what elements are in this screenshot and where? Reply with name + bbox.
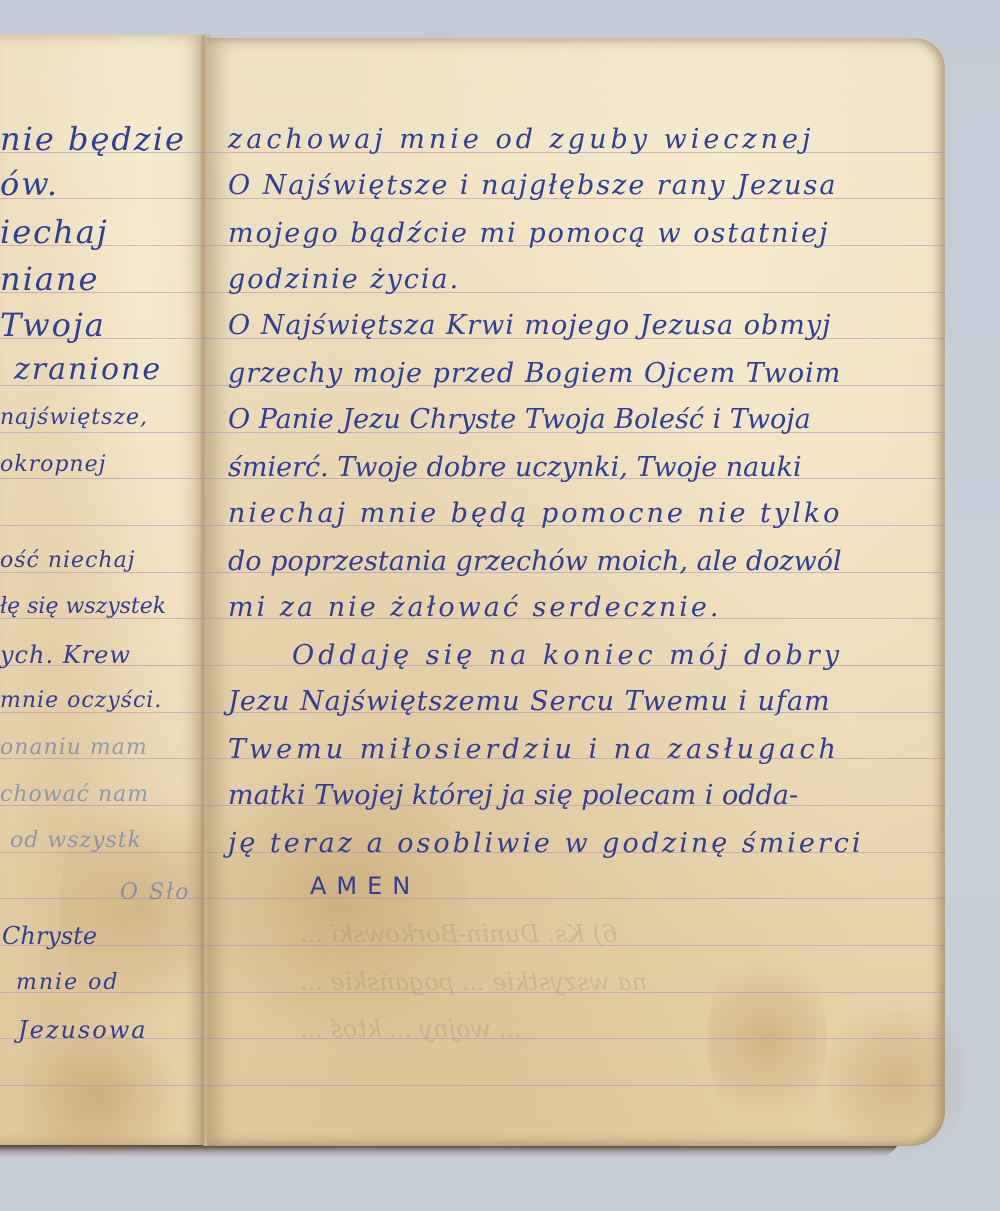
handwritten-line: mnie od [16, 970, 119, 995]
handwritten-line: mnie oczyści. [0, 688, 162, 713]
handwritten-line: Twemu miłosierdziu i na zasługach [228, 734, 840, 765]
handwritten-line: chować nam [0, 782, 149, 807]
bleed-through-text: 6) Ks. Dunin-Borkowski ... [300, 920, 617, 948]
handwritten-line: najświętsze, [0, 405, 148, 430]
handwritten-line: O Panie Jezu Chryste Twoja Boleść i Twoj… [228, 404, 811, 435]
handwritten-line: mojego bądźcie mi pomocą w ostatniej [228, 218, 830, 249]
handwritten-line: zranione [14, 352, 162, 387]
water-stain [827, 988, 967, 1168]
handwritten-line: ję teraz a osobliwie w godzinę śmierci [228, 828, 864, 859]
bleed-through-text: ... wojny ... ktoś ... [300, 1015, 522, 1043]
handwritten-line: okropnej [0, 452, 106, 477]
handwritten-line: mi za nie żałować serdecznie. [228, 592, 722, 623]
handwritten-line: Jezu Najświętszemu Sercu Twemu i ufam [228, 686, 831, 717]
handwritten-line: łę się wszystek [0, 594, 166, 619]
handwritten-line: Oddaję się na koniec mój dobry [292, 640, 843, 671]
handwritten-line: niechaj mnie będą pomocne nie tylko [228, 498, 842, 529]
handwritten-line: matki Twojej której ja się polecam i odd… [228, 780, 798, 811]
handwritten-line: O Najświętsza Krwi mojego Jezusa obmyj [228, 310, 831, 341]
handwritten-line: ość niechaj [0, 548, 136, 573]
handwritten-line: O Sło [120, 880, 190, 905]
handwritten-line: od wszystk [10, 828, 142, 853]
handwritten-line: ów. [0, 165, 59, 203]
handwritten-line: Jezusowa [18, 1016, 148, 1044]
handwritten-line: nie będzie [0, 120, 186, 158]
handwritten-line: śmierć. Twoje dobre uczynki, Twoje nauki [228, 452, 802, 483]
handwritten-line: iechaj [0, 213, 109, 251]
handwritten-line: niane [0, 260, 99, 298]
water-stain [0, 1035, 200, 1155]
handwritten-line: Chryste [2, 922, 97, 950]
handwritten-line: O Najświętsze i najgłębsze rany Jezusa [228, 170, 838, 201]
handwritten-line: onaniu mam [0, 735, 148, 760]
handwritten-line: zachowaj mnie od zguby wiecznej [228, 124, 814, 155]
handwritten-line: Twoja [0, 306, 106, 344]
bleed-through-text: na wszystkie ... pogańskie ... [300, 968, 647, 996]
handwritten-line: grzechy moje przed Bogiem Ojcem Twoim [228, 358, 841, 389]
handwritten-line: ych. Krew [0, 641, 131, 669]
amen-line: AMEN [310, 872, 420, 900]
handwritten-line: do poprzestania grzechów moich, ale dozw… [228, 546, 842, 577]
handwritten-line: godzinie życia. [228, 264, 460, 295]
